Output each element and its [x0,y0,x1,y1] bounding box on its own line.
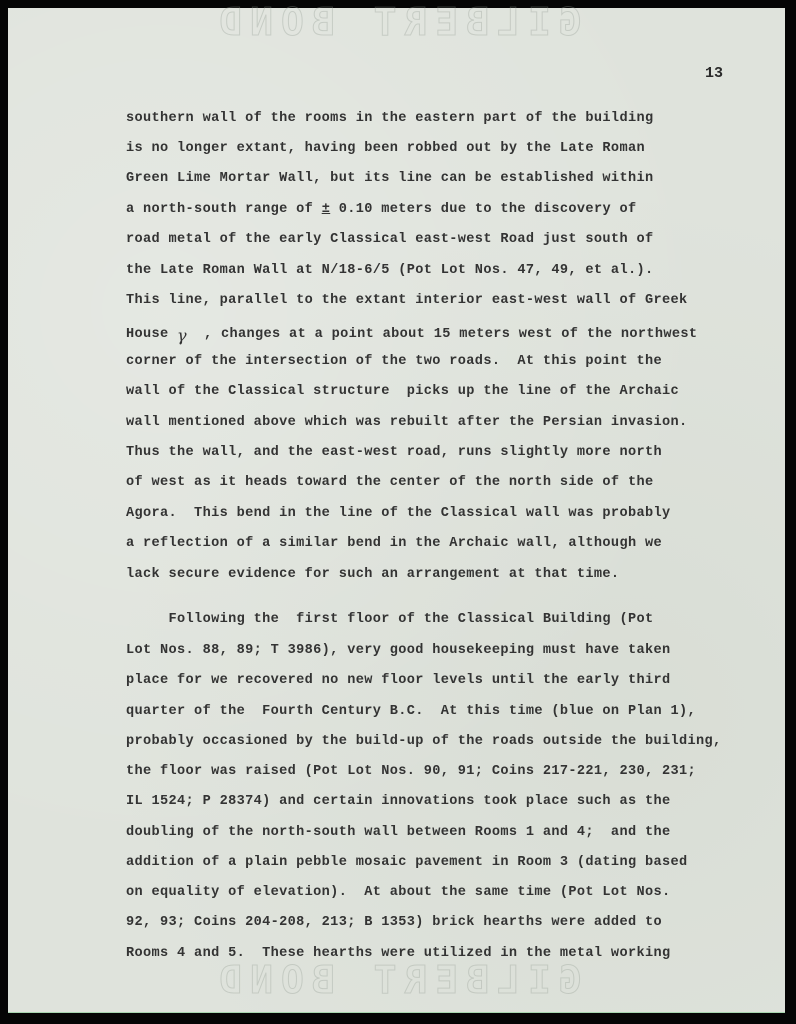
handwritten-gamma: γ [177,326,187,345]
text-segment: a north-south range of [126,202,322,217]
text-line: wall of the Classical structure picks up… [126,384,679,400]
text-line: Following the first floor of the Classic… [126,612,653,628]
watermark-bottom: GILBERT BOND [8,958,785,1002]
text-line: place for we recovered no new floor leve… [126,673,670,689]
text-line: 92, 93; Coins 204-208, 213; B 1353) bric… [126,915,662,931]
text-line: This line, parallel to the extant interi… [126,293,688,309]
document-page: GILBERT BOND GILBERT BOND 13 southern wa… [8,8,785,1013]
text-line: of west as it heads toward the center of… [126,475,653,491]
text-line: quarter of the Fourth Century B.C. At th… [126,704,696,720]
text-segment: 0.10 meters due to the discovery of [330,202,636,217]
text-line: Rooms 4 and 5. These hearths were utiliz… [126,946,670,962]
text-segment: , changes at a point about 15 meters wes… [187,327,697,342]
text-line: Lot Nos. 88, 89; T 3986), very good hous… [126,643,670,659]
watermark-top: GILBERT BOND [8,0,785,44]
text-line: House γ , changes at a point about 15 me… [126,324,697,343]
text-line: Green Lime Mortar Wall, but its line can… [126,171,653,187]
text-line: road metal of the early Classical east-w… [126,232,653,248]
page-number: 13 [705,65,723,82]
text-line: the Late Roman Wall at N/18-6/5 (Pot Lot… [126,263,653,279]
plus-minus-symbol: ± [322,202,331,217]
text-line: corner of the intersection of the two ro… [126,354,662,370]
text-line: the floor was raised (Pot Lot Nos. 90, 9… [126,764,696,780]
text-line: a reflection of a similar bend in the Ar… [126,536,662,552]
text-segment: House [126,327,177,342]
text-line: southern wall of the rooms in the easter… [126,111,653,127]
text-line: on equality of elevation). At about the … [126,885,670,901]
text-line: wall mentioned above which was rebuilt a… [126,415,688,431]
text-line: a north-south range of ± 0.10 meters due… [126,202,636,218]
text-line: Thus the wall, and the east-west road, r… [126,445,662,461]
text-line: probably occasioned by the build-up of t… [126,734,722,750]
text-line: is no longer extant, having been robbed … [126,141,645,157]
text-line: Agora. This bend in the line of the Clas… [126,506,670,522]
text-line: doubling of the north-south wall between… [126,825,670,841]
text-line: lack secure evidence for such an arrange… [126,567,619,583]
text-line: IL 1524; P 28374) and certain innovation… [126,794,670,810]
text-line: addition of a plain pebble mosaic paveme… [126,855,688,871]
